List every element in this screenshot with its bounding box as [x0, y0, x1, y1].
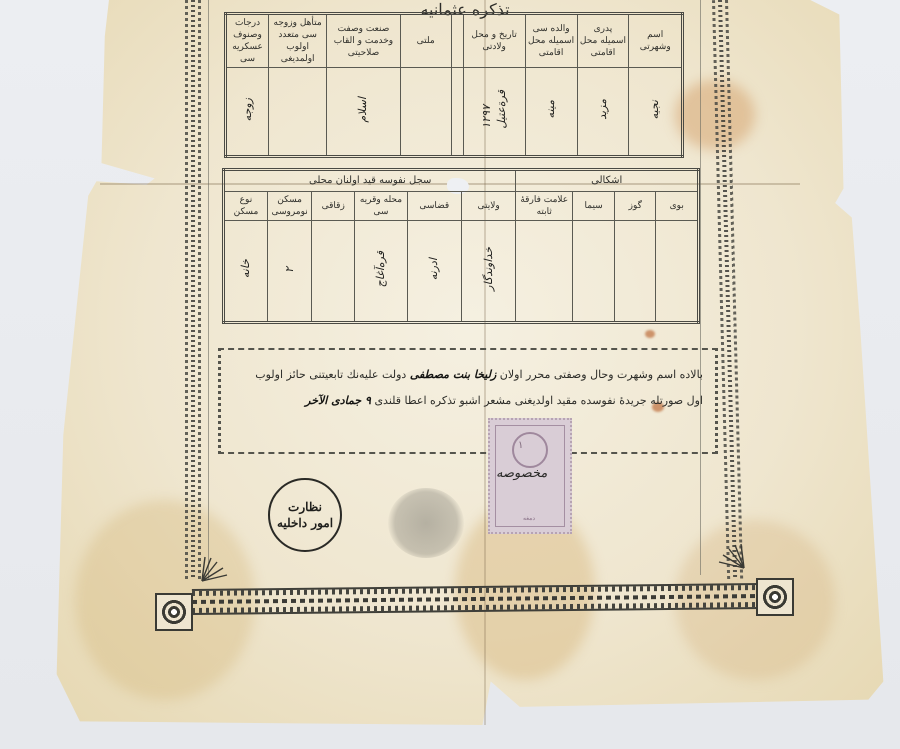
group-appearance: اشکالی — [516, 170, 699, 192]
table-group-row: سجل نفوسه قید اولنان محلی اشکالی — [224, 170, 699, 192]
declaration-panel: بالاده اسم وشهرت وحال وصفتی محرر اولان ز… — [218, 348, 718, 454]
header-profession: صنعت وصفت وخدمت و القاب صلاحیتی — [327, 14, 401, 68]
header-province: ولایتی — [461, 192, 516, 221]
header-mother-name: والده سی اسمیله محل اقامتی — [525, 14, 577, 68]
cell-province: خداوندگار — [483, 247, 495, 291]
header-house-number: مسکن نومروسی — [267, 192, 311, 221]
personal-info-table: درجات وصنوف عسکریه سی متأهل وزوجه سی متع… — [224, 12, 684, 158]
cell-name: نجیه — [649, 100, 661, 119]
bottom-right-corner-ornament — [756, 578, 794, 616]
issue-date: ۹ جمادی الآخر — [305, 394, 371, 407]
right-fan-ornament — [716, 540, 746, 570]
tughra-icon: ۱ — [518, 440, 523, 451]
header-street: زقاقی — [312, 192, 355, 221]
declaration-line2-text: اول صورتله جریدهٔ نفوسده مقید اولدیغنی م… — [374, 394, 703, 407]
declaration-line-2: اول صورتله جریدهٔ نفوسده مقید اولدیغنی م… — [305, 394, 703, 407]
right-inner-rule — [700, 0, 701, 575]
cell-district: ادرنه — [428, 258, 440, 280]
table-header-row: نوع مسکن مسکن نومروسی زقاقی محله وقریه س… — [224, 192, 699, 221]
cell-father-name: مزيد — [597, 99, 609, 120]
table-row: زوجه اسلام قرةعتیل ۱۲۹۷ مینه مزيد نجیه — [226, 68, 683, 157]
cell-mother-name: مینه — [545, 100, 557, 118]
header-birth-date-place: تاریخ و محل ولادتی — [463, 14, 525, 68]
declaration-line1-prefix: بالاده اسم وشهرت وحال وصفتی محرر اولان — [500, 368, 703, 381]
header-father-name: پدری اسمیله محل اقامتی — [577, 14, 629, 68]
cell-dwelling-type: خانه — [240, 259, 252, 278]
left-ornamental-border — [185, 0, 201, 580]
revenue-stamp: ۱ مخصوصه دمغه — [488, 418, 572, 534]
declaration-line-1: بالاده اسم وشهرت وحال وصفتی محرر اولان ز… — [255, 368, 703, 381]
left-inner-rule — [208, 0, 209, 580]
cell-birth-place: قرةعتیل — [496, 90, 508, 129]
table-row: خانه ۲ قره‌آغاج ادرنه خداوندگار — [224, 221, 699, 323]
header-marital-status: متأهل وزوجه سی متعدد اولوب اولمدیغی — [269, 14, 327, 68]
faded-ink-stamp — [388, 488, 464, 558]
header-marital-military: درجات وصنوف عسکریه سی — [226, 14, 269, 68]
header-distinguishing-marks: علامت فارقهٔ ثابته — [516, 192, 573, 221]
holder-name: زلیخا بنت مصطفی — [410, 368, 496, 381]
header-quarter-village: محله وقریه سی — [355, 192, 408, 221]
bottom-left-corner-ornament — [155, 593, 193, 631]
rust-spot — [645, 330, 655, 338]
cell-profession: اسلام — [357, 97, 369, 123]
cell-birth-year: ۱۲۹۷ — [481, 105, 493, 129]
group-registry-place: سجل نفوسه قید اولنان محلی — [224, 170, 516, 192]
declaration-line1-suffix: دولت علیه‌نك تابعیتنی حائز اولوب — [255, 368, 406, 381]
cell-quarter-village: قره‌آغاج — [375, 251, 387, 287]
header-blank — [451, 14, 463, 68]
left-fan-ornament — [200, 553, 230, 583]
seal-line-1: نظارت — [288, 499, 322, 515]
cell-house-number: ۲ — [284, 267, 296, 273]
header-eyes: گوز — [615, 192, 656, 221]
ministry-interior-seal: نظارت امور داخلیه — [268, 478, 342, 552]
header-height: بوی — [656, 192, 699, 221]
cell-marital-military: زوجه — [242, 98, 254, 121]
header-nationality: ملتی — [400, 14, 451, 68]
seal-line-2: امور داخلیه — [277, 515, 333, 531]
registry-appearance-table: سجل نفوسه قید اولنان محلی اشکالی نوع مسک… — [222, 168, 700, 324]
header-face: سیما — [573, 192, 615, 221]
header-dwelling-type: نوع مسکن — [224, 192, 268, 221]
stamp-label: دمغه — [498, 515, 560, 522]
table-header-row: درجات وصنوف عسکریه سی متأهل وزوجه سی متع… — [226, 14, 683, 68]
header-name-surname: اسم وشهرتی — [629, 14, 683, 68]
header-district: قضاسی — [407, 192, 461, 221]
stamp-signature: مخصوصه — [496, 466, 547, 481]
